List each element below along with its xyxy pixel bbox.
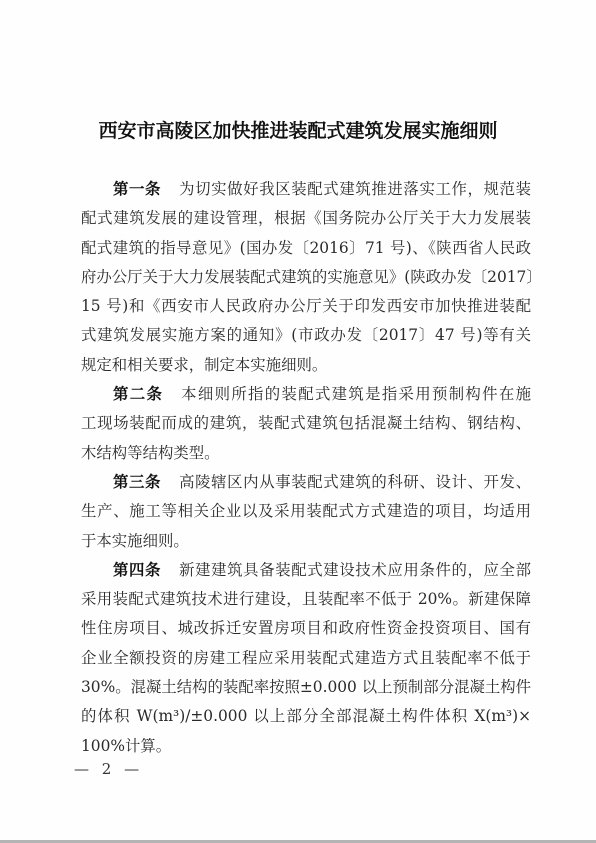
document-body: 第一条为切实做好我区装配式建筑推进落实工作，规范装 配式建筑发展的建设管理，根据… (81, 175, 531, 761)
article-label: 第一条 (113, 180, 161, 198)
article-line: 采用装配式建筑技术进行建设，且装配率不低于 20%。新建保障 (81, 585, 531, 614)
article-line: 配式建筑发展的建设管理，根据《国务院办公厅关于大力发展装 (81, 204, 531, 233)
article-4: 第四条新建建筑具备装配式建设技术应用条件的，应全部 采用装配式建筑技术进行建设，… (81, 556, 531, 761)
article-label: 第三条 (113, 473, 161, 491)
article-line: 工现场装配而成的建筑，装配式建筑包括混凝土结构、钢结构、 (81, 409, 531, 438)
article-line: 30%。混凝土结构的装配率按照±0.000 以上预制部分混凝土构件 (81, 673, 531, 702)
article-label: 第二条 (113, 385, 163, 403)
article-line: 15 号)和《西安市人民政府办公厅关于印发西安市加快推进装配 (81, 292, 531, 321)
article-line: 于本实施细则。 (81, 527, 531, 556)
page-number: — 2 — (74, 760, 143, 778)
document-page: 西安市高陵区加快推进装配式建筑发展实施细则 第一条为切实做好我区装配式建筑推进落… (0, 0, 596, 840)
article-label: 第四条 (113, 561, 161, 579)
article-line: 配式建筑的指导意见》(国办发〔2016〕71 号)、《陕西省人民政 (81, 234, 531, 263)
article-line: 府办公厅关于大力发展装配式建筑的实施意见》(陕政办发〔2017〕 (81, 263, 531, 292)
article-line: 100%计算。 (81, 732, 531, 761)
article-line: 企业全额投资的房建工程应采用装配式建造方式且装配率不低于 (81, 644, 531, 673)
article-line: 第二条本细则所指的装配式建筑是指采用预制构件在施 (81, 380, 531, 409)
article-line: 的体积 W(m³)/±0.000 以上部分全部混凝土构件体积 X(m³)× (81, 702, 531, 731)
document-title: 西安市高陵区加快推进装配式建筑发展实施细则 (60, 116, 536, 143)
article-line: 第四条新建建筑具备装配式建设技术应用条件的，应全部 (81, 556, 531, 585)
article-2: 第二条本细则所指的装配式建筑是指采用预制构件在施 工现场装配而成的建筑，装配式建… (81, 380, 531, 468)
article-3: 第三条高陵辖区内从事装配式建筑的科研、设计、开发、 生产、施工等相关企业以及采用… (81, 468, 531, 556)
article-line: 式建筑发展实施方案的通知》(市政办发〔2017〕47 号)等有关 (81, 321, 531, 350)
article-line: 生产、施工等相关企业以及采用装配式方式建造的项目，均适用 (81, 497, 531, 526)
article-line: 规定和相关要求，制定本实施细则。 (81, 351, 531, 380)
article-line: 第三条高陵辖区内从事装配式建筑的科研、设计、开发、 (81, 468, 531, 497)
article-line: 第一条为切实做好我区装配式建筑推进落实工作，规范装 (81, 175, 531, 204)
article-1: 第一条为切实做好我区装配式建筑推进落实工作，规范装 配式建筑发展的建设管理，根据… (81, 175, 531, 380)
article-line: 性住房项目、城改拆迁安置房项目和政府性资金投资项目、国有 (81, 614, 531, 643)
article-line: 木结构等结构类型。 (81, 439, 531, 468)
